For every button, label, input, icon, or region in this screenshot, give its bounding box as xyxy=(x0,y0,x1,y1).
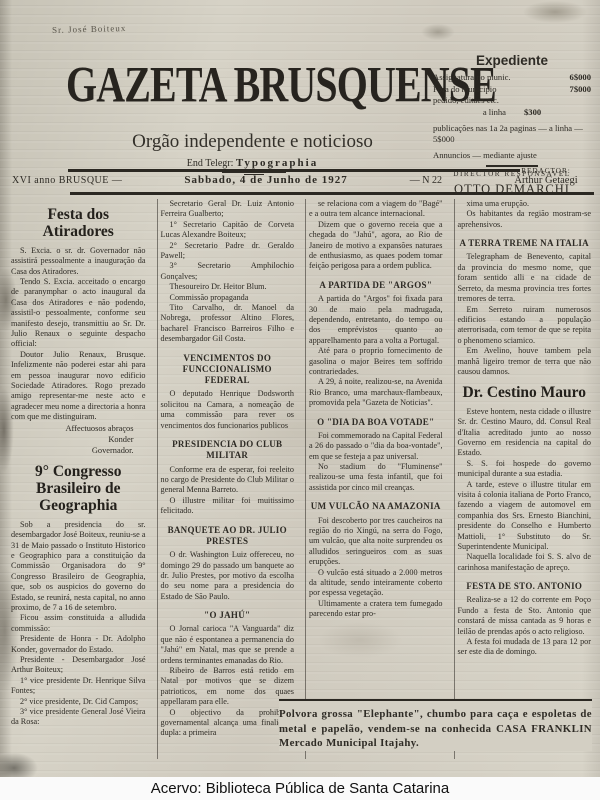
article-paragraph: Os habitantes da região mostram-se apreh… xyxy=(458,209,592,230)
newspaper-subtitle: Orgão independente e noticioso xyxy=(55,131,450,153)
article-paragraph: O dr. Washington Luiz offereceu, no domi… xyxy=(161,550,295,602)
article-paragraph: O illustre militar foi muitissimo felici… xyxy=(161,496,295,517)
article-paragraph: Realiza-se a 12 do corrente em Poço Fund… xyxy=(458,595,592,637)
dateline-top-rule xyxy=(68,169,520,172)
article-headline: 9° Congresso Brasileiro de Geographia xyxy=(11,463,146,515)
article-paragraph: Secretario Geral Dr. Luiz Antonio Ferrei… xyxy=(161,199,295,220)
rate-value: 6$000 xyxy=(570,72,591,84)
section-heading: A PARTIDA DE "ARGOS" xyxy=(309,280,443,291)
article-paragraph: A partida do "Argos" foi fixada para 30 … xyxy=(309,294,443,346)
section-heading: "O JAHÚ" xyxy=(161,610,295,621)
telegraph-line: End Telegr: Typographia xyxy=(55,157,450,169)
columns: Festa dos AtiradoresS. Excia. o sr. dr. … xyxy=(8,199,594,759)
article-paragraph: 1° Secretario Capitão de Corveta Lucas A… xyxy=(161,220,295,241)
dateline-bottom-rule xyxy=(70,192,594,195)
publication-rates-note: publicações nas 1a 2a paginas — a linha … xyxy=(431,123,593,146)
article-paragraph: O deputado Henrique Dodsworth solicitou … xyxy=(161,389,295,431)
archive-caption: Acervo: Biblioteca Pública de Santa Cata… xyxy=(0,777,600,800)
article-paragraph: 3° Secretario Amphilochio Gonçalves; xyxy=(161,261,295,282)
article-paragraph: Até para o proprio fornecimento de gasol… xyxy=(309,346,443,377)
section-heading: A TERRA TREME NA ITALIA xyxy=(458,238,592,249)
article-paragraph: O objectivo da prohibição governamental … xyxy=(161,708,295,739)
section-heading: FESTA DE STO. ANTONIO xyxy=(458,581,592,592)
section-heading: VENCIMENTOS DO FUNCCIONALISMO FEDERAL xyxy=(161,353,295,387)
section-heading: PRESIDENCIA DO CLUB MILITAR xyxy=(161,439,295,462)
article-paragraph: Doutor Julio Renaux, Brusque. Infelizmen… xyxy=(11,350,146,423)
article-paragraph: Conforme era de esperar, foi reeleito no… xyxy=(161,465,295,496)
expediente-row: Assignatura no munic. 6$000 xyxy=(431,72,593,84)
article-paragraph: xima uma erupção. xyxy=(458,199,592,209)
article-paragraph: A tarde, esteve o illustre titular em vi… xyxy=(458,480,592,553)
signature-line: Governador. xyxy=(11,445,146,456)
article-paragraph: Presidente de Honra - Dr. Adolpho Konder… xyxy=(11,634,146,655)
article-headline: Dr. Cestino Mauro xyxy=(458,384,592,401)
article-paragraph: S. Excia. o sr. dr. Governador não assis… xyxy=(11,246,146,277)
article-paragraph: Em Avelino, houve tambem pela manhã lige… xyxy=(458,346,592,377)
article-paragraph: Thesoureiro Dr. Heitor Blum. xyxy=(161,282,295,292)
article-paragraph: Foi descoberto por tres caucheiros na re… xyxy=(309,516,443,568)
signature-line: Konder xyxy=(11,434,146,445)
column-4: xima uma erupção.Os habitantes da região… xyxy=(454,199,595,759)
expediente-row: Fora do municipio 7$000 xyxy=(431,84,593,96)
rate-label: a linha xyxy=(483,107,506,119)
article-paragraph: Telegrapham de Benevento, capital da pro… xyxy=(458,252,592,304)
telegraph-label: End Telegr: xyxy=(187,158,234,169)
article-paragraph: Sob a presidencia do sr. desembargador J… xyxy=(11,520,146,614)
article-paragraph: A festa foi mudada de 13 para 12 por ser… xyxy=(458,637,592,658)
article-paragraph: Dizem que o governo receia que a chegada… xyxy=(309,220,443,272)
issue-number: — N 22 xyxy=(410,175,442,186)
article-paragraph: se relaciona com a viagem do "Bagé" e a … xyxy=(309,199,443,220)
rate-value: 7$000 xyxy=(570,84,591,96)
section-heading: UM VULCÃO NA AMAZONIA xyxy=(309,501,443,512)
signature-line: Affectuosos abraços xyxy=(11,423,146,434)
newspaper-page: Sr. José Boiteux GAZETA BRUSQUENSE Orgão… xyxy=(0,0,600,800)
article-paragraph: A 29, á noite, realizou-se, na Avenida R… xyxy=(309,377,443,408)
article-paragraph: Tito Carvalho, dr. Manoel da Nobrega, pr… xyxy=(161,303,295,345)
redactor-name: Arthur Getaegi xyxy=(497,175,595,186)
dateline: XVI anno BRUSQUE — Sabbado, 4 de Junho d… xyxy=(12,174,442,186)
telegraph-value: Typographia xyxy=(236,157,318,169)
edition-label: XVI anno BRUSQUE — xyxy=(12,175,122,186)
article-paragraph: No stadium do "Fluminense" realizou-se u… xyxy=(309,462,443,493)
article-paragraph: 1° vice presidente Dr. Henrique Silva Fo… xyxy=(11,676,146,697)
owner-stamp: Sr. José Boiteux xyxy=(52,23,127,35)
article-paragraph: Ficou assim constituida a alludida commi… xyxy=(11,613,146,634)
article-paragraph: S. S. foi hospede do governo municipal d… xyxy=(458,459,592,480)
article-paragraph: Foi commemorado na Capital Federal a 26 … xyxy=(309,431,443,462)
article-paragraph: Ultimamente a cratera tem fumegado parec… xyxy=(309,599,443,620)
advertisement-casa-franklin: Polvora grossa "Elephante", chumbo para … xyxy=(279,699,592,751)
section-heading: BANQUETE AO DR. JULIO PRESTES xyxy=(161,525,295,548)
article-paragraph: Commissão propaganda xyxy=(161,293,295,303)
issue-date: Sabbado, 4 de Junho de 1927 xyxy=(184,174,347,186)
redactor-label: REDACTOR: xyxy=(497,167,595,175)
article-headline: Festa dos Atiradores xyxy=(11,206,146,241)
article-paragraph: 3° vice presidente General José Vieira d… xyxy=(11,707,146,728)
announcements-note: Annuncios — mediante ajuste xyxy=(431,150,593,162)
article-paragraph: O vulcão está situado a 2.000 metros da … xyxy=(309,568,443,599)
rate-value: $300 xyxy=(524,107,541,119)
article-paragraph: Esteve hontem, nesta cidade o illustre S… xyxy=(458,407,592,459)
expediente-row: pedido, editaes etc. xyxy=(431,95,593,107)
redactor-box: REDACTOR: Arthur Getaegi xyxy=(497,167,595,186)
article-paragraph: Tendo S. Excia. acceitado o encargo de p… xyxy=(11,277,146,350)
section-heading: O "DIA DA BOA VOTADE" xyxy=(309,417,443,428)
rate-label: Fora do municipio xyxy=(433,84,497,96)
rate-label: Assignatura no munic. xyxy=(433,72,511,84)
rate-label: pedido, editaes etc. xyxy=(433,95,499,107)
article-paragraph: 2° Secretario Padre dr. Geraldo Pawell; xyxy=(161,241,295,262)
article-paragraph: Ribeiro de Barros está retido em Natal p… xyxy=(161,666,295,708)
article-paragraph: Presidente - Desembargador José Arthur B… xyxy=(11,655,146,676)
article-paragraph: O Jornal carioca "A Vanguarda" diz que n… xyxy=(161,624,295,666)
article-paragraph: Em Serreto ruiram numerosos edificios es… xyxy=(458,305,592,347)
column-3: se relaciona com a viagem do "Bagé" e a … xyxy=(305,199,446,759)
column-1: Festa dos AtiradoresS. Excia. o sr. dr. … xyxy=(8,199,149,759)
expediente-title: Expediente xyxy=(431,52,593,70)
article-paragraph: Naquella localidade foi S. S. alvo de ca… xyxy=(458,552,592,573)
column-2: Secretario Geral Dr. Luiz Antonio Ferrei… xyxy=(157,199,298,759)
article-paragraph: 2° vice presidente, Dr. Cid Campos; xyxy=(11,697,146,707)
expediente-row: a linha $300 xyxy=(431,107,593,119)
